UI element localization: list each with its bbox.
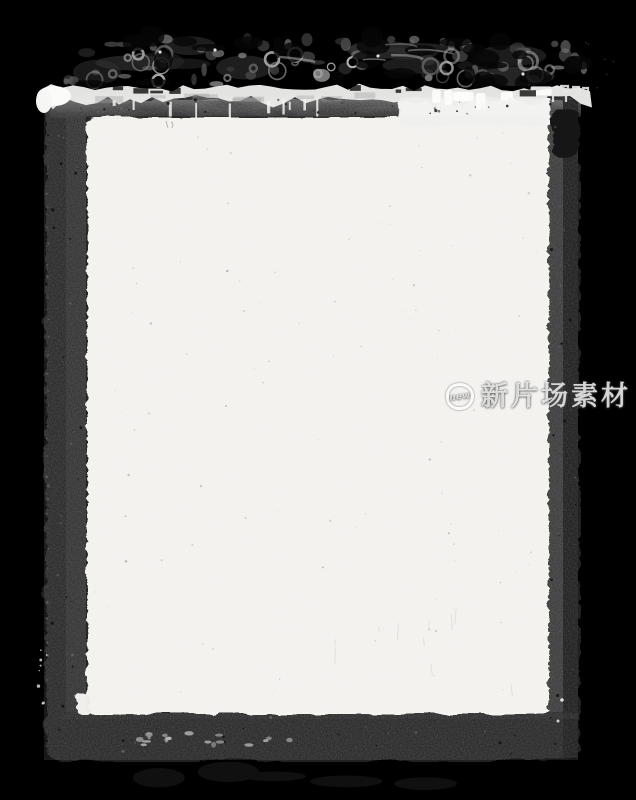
right-margin [581, 0, 636, 800]
frame-corner-tab [551, 107, 578, 157]
film-frame-artwork [0, 0, 636, 800]
photo-blank-area [76, 96, 578, 713]
stock-image: new 新片场素材 [0, 0, 636, 800]
left-margin [0, 0, 41, 800]
